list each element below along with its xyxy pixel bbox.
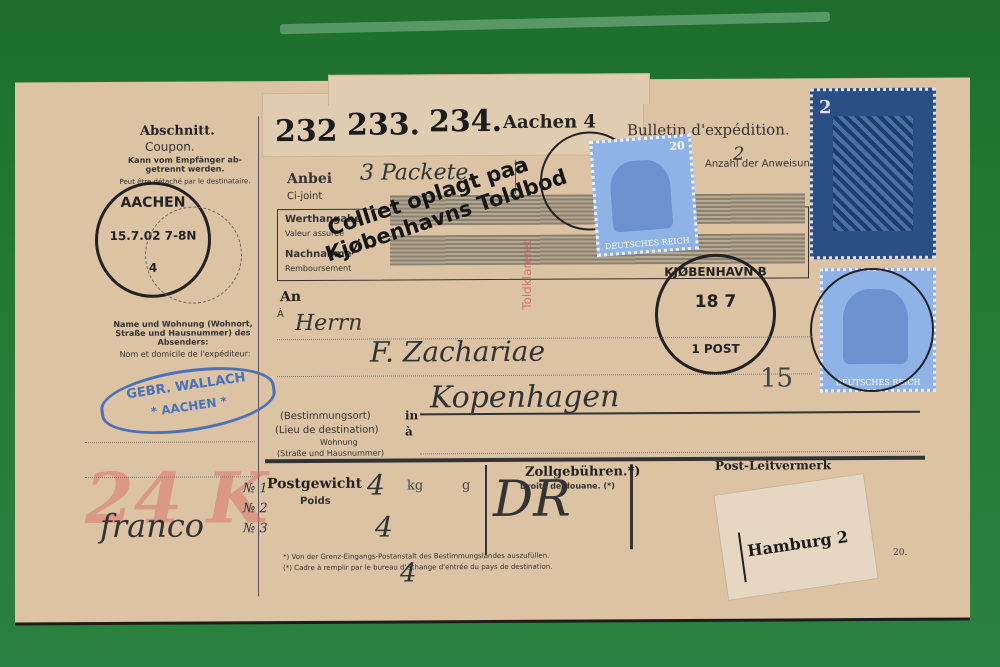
red-vertical-stamp: Toldklareret xyxy=(520,240,534,310)
weight-value-2: 4 xyxy=(375,511,393,544)
recipient-name: F. Zachariae xyxy=(370,335,545,369)
dest-label-de: (Bestimmungsort) xyxy=(280,411,371,422)
recipient-label: An xyxy=(280,289,301,305)
label-233: 233. xyxy=(347,107,420,142)
sender-label-de: Name und Wohnung (Wohnort, Straße und Ha… xyxy=(103,319,263,347)
form-number: 20. xyxy=(893,548,907,558)
packages-label-fr: Ci-joint xyxy=(287,191,322,202)
recipient-city: Kopenhagen xyxy=(430,379,619,415)
weight-label-fr: Poids xyxy=(300,496,331,507)
item-numbers: № 1 № 2 № 3 xyxy=(243,479,268,539)
cod-label-fr: Remboursement xyxy=(285,264,351,273)
footnote-fr: (*) Cadre à remplir par le bureau d'écha… xyxy=(283,563,552,572)
number-15: 15 xyxy=(760,363,793,393)
label-232: 232 xyxy=(275,114,338,149)
postmark-kjobenhavn: KJØBENHAVN B 18 7 1 POST xyxy=(655,254,776,376)
glare-reflection xyxy=(280,12,830,34)
weight-value-1: 4 xyxy=(367,469,385,502)
routing-label-slip: Hamburg 2 xyxy=(713,473,878,601)
packages-label: Anbei xyxy=(287,171,332,187)
parcel-card: 232 233. 234. Aachen 4 Bulletin d'expédi… xyxy=(15,77,970,622)
weight-label: Postgewicht xyxy=(267,476,362,492)
footnote-de: *) Von der Grenz-Eingangs-Postanstalt de… xyxy=(283,552,549,561)
recipient-salutation: Herrn xyxy=(295,311,362,336)
coupon-title: Abschnitt. xyxy=(140,123,215,138)
routing-label: Post-Leitvermerk xyxy=(715,458,831,473)
label-aachen-4: Aachen 4 xyxy=(503,111,596,132)
recipient-label-fr: À xyxy=(277,309,284,320)
dest-label-fr: (Lieu de destination) xyxy=(275,425,379,437)
stamp-germania-20-top: 20 DEUTSCHES REICH xyxy=(589,134,699,257)
coupon-note-de: Kann vom Empfänger ab-getrennt werden. xyxy=(110,155,260,174)
customs-handwritten: DR xyxy=(493,470,571,528)
coupon-subtitle: Coupon. xyxy=(145,140,195,154)
sender-stamp: GEBR. WALLACH * AACHEN * xyxy=(97,357,280,444)
sender-label-fr: Nom et domicile de l'expéditeur: xyxy=(110,349,260,359)
stamp-reichspost-2: 2 xyxy=(810,88,936,260)
label-234: 234. xyxy=(429,104,502,139)
handwritten-franco: franco xyxy=(100,507,204,546)
postmark-aachen-cancel xyxy=(810,268,934,393)
count-value: 2 xyxy=(733,144,744,165)
